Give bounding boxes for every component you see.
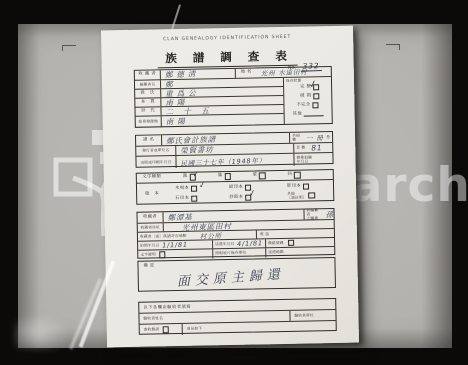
handwritten-value: 光州 水遠田村 <box>261 67 308 78</box>
option-label: 漢 <box>183 175 188 180</box>
remarks-box: 備 註 面交原主歸還 <box>137 257 336 292</box>
handwritten-value: 一 冊 <box>306 133 324 143</box>
check-mark: ✓ <box>192 170 200 179</box>
handwritten-value: 1/1/81 <box>162 241 188 250</box>
holder-info-table: 收藏者 鄭潭基 與編纂者 之關係 孫 收藏者住址 光州東區田村 收藏者〔或〕族譜… <box>136 208 335 259</box>
option-label: 其他 <box>293 113 302 118</box>
row-label: 出版或印刷年月日 <box>140 160 171 165</box>
handwritten-value: 南 陽 <box>166 116 186 128</box>
option-label: 不完全 <box>296 103 310 108</box>
edition-option: 其他 〔請註明〕 <box>287 190 315 201</box>
edition-option: 木刻本 ✓ <box>175 184 197 194</box>
status-header: 保存狀態 <box>286 79 302 84</box>
script-option: 漢 ✓ <box>183 174 196 180</box>
row-label: 始祖發源地 <box>138 120 158 125</box>
owner-info-table: 收 藏 者 鄭 德 淸 地 名 光州 水遠田村 編纂者名 鄭 姓 氏 重 爲 公… <box>134 66 333 128</box>
row-label: 版 本 <box>145 192 159 197</box>
script-option: 回 <box>287 172 300 178</box>
check-mark: ✓ <box>248 189 256 198</box>
row-label: 與編纂者 之關係 <box>306 208 321 221</box>
option-label: 石印本 <box>175 196 189 201</box>
option-label: 蒙 <box>253 174 258 179</box>
row-label: 姓 氏 <box>141 91 155 96</box>
handwritten-value: 民國三十七年（1948年） <box>180 155 266 167</box>
row-label: 查收無誤 <box>144 328 160 333</box>
row-label: 共冊數 <box>292 133 303 142</box>
row-label: 文字證明 <box>140 253 156 258</box>
page-title: 族 譜 調 查 表 <box>157 48 298 69</box>
row-label: 世 代 <box>141 109 155 114</box>
row-label: 發行者或單位名 <box>142 149 169 154</box>
edition-option: 石印本 <box>175 194 197 204</box>
row-label: 收藏者〔或〕族譜寄存地點 <box>140 234 187 239</box>
row-label: 譜 名 <box>143 138 154 143</box>
status-option: 破 損 <box>300 93 319 100</box>
registration-mark-right <box>386 44 400 50</box>
row-label: 微捲拍攝 年月日 <box>296 155 312 164</box>
checkbox-icon <box>312 102 318 108</box>
table-row: 版 本 木刻本 ✓ 鉛印本 影印本 <box>137 180 333 206</box>
scanned-genealogy-record: FamilySearch CLAN GENEALOGY IDENTIFICATI… <box>0 0 468 365</box>
corner-light-artifact <box>14 298 92 350</box>
option-label: 破 損 <box>300 94 311 99</box>
check-mark: ✓ <box>308 80 318 92</box>
script-option: 滿 <box>218 173 231 179</box>
row-label: 收藏者住址 <box>141 225 161 230</box>
registration-mark-left <box>62 45 76 51</box>
checkbox-icon <box>159 252 165 258</box>
checkbox-icon <box>191 196 197 202</box>
remarks-label: 備 註 <box>143 264 154 269</box>
checkbox-icon <box>191 186 197 192</box>
row-label: 照相底片保存單位 <box>215 251 246 256</box>
form-paper: CLAN GENEALOGY IDENTIFICATION SHEET 族 譜 … <box>101 26 359 348</box>
option-label: 其他 〔請註明〕 <box>287 191 307 200</box>
english-title: CLAN GENEALOGY IDENTIFICATION SHEET <box>101 34 353 44</box>
checkbox-icon <box>303 183 309 189</box>
row-label: 收 藏 者 <box>138 73 156 78</box>
option-label: 抄寫本 <box>229 195 243 200</box>
scratch-artifact <box>171 4 180 29</box>
script-edition-table: 文字種類 漢 ✓ 滿 蒙 回 <box>136 169 335 205</box>
row-label: 地 名 <box>241 71 252 76</box>
checkbox-icon <box>259 173 265 179</box>
option-label: 鉛印本 <box>229 185 243 190</box>
script-option: 蒙 <box>253 173 266 179</box>
status-option: 其他 <box>293 112 324 117</box>
blank-line <box>304 113 324 117</box>
checkbox-icon <box>162 327 168 333</box>
row-label: 頁 數 <box>296 146 305 150</box>
row-label: 微捲號碼 <box>268 241 284 246</box>
option-label: 回 <box>287 173 292 178</box>
handwritten-value: 81 <box>311 143 322 152</box>
row-label: 驗收者姓名 <box>143 316 163 321</box>
handwritten-value: 4/1/81 <box>237 239 263 248</box>
row-label: 收藏者 <box>143 215 157 220</box>
remarks-handwriting: 面交原主歸還 <box>176 263 285 290</box>
table-row: 出版或印刷年月日 民國三十七年（1948年） 微捲拍攝 年月日 <box>136 153 332 169</box>
row-label: 拍照年月日 <box>140 243 160 248</box>
handwritten-value: 孫 <box>325 208 334 219</box>
table-row: 始祖發源地 南 陽 <box>136 114 284 128</box>
checkbox-icon <box>313 93 319 99</box>
option-label: 滿 <box>218 174 223 179</box>
row-label: 驗收者單位 <box>294 313 314 318</box>
option-label: 木刻本 <box>175 186 189 191</box>
receiver-header: 以下各欄由驗收者填寫 <box>139 304 191 311</box>
checkbox-icon <box>294 172 300 178</box>
owner-left-column: 編纂者名 鄭 姓 氏 重 爲 公 本 貫 南 陽 世 代 二 十 五 始祖發源地 <box>135 78 285 127</box>
table-row: 查收無誤 意見如下 <box>140 321 336 336</box>
handwritten-value: 村公所 <box>200 230 222 240</box>
checkbox-icon <box>288 240 294 246</box>
book-info-table: 譜 名 鄭氏會計族譜 共冊數 一 冊 卷 發行者或單位名 榮賢書坊 頁 數 81… <box>135 131 334 168</box>
row-label: 電 話 <box>260 232 269 236</box>
option-label: 影印本 <box>287 184 301 189</box>
check-mark: ✓ <box>198 181 206 190</box>
status-option: 不完全 <box>296 102 318 109</box>
edition-option: 抄寫本 ✓ <box>229 193 251 203</box>
receiver-table: 以下各欄由驗收者填寫 驗收者姓名 驗收者單位 查收無誤 意見如下 <box>138 298 337 335</box>
row-label: 送還地點 <box>268 250 284 255</box>
checkbox-icon <box>224 173 230 179</box>
row-label: 送還年月日 <box>215 242 235 247</box>
row-label: 意見如下 <box>187 327 203 332</box>
preservation-status-box: 保存狀態 完 整 ✓ 破 損 不完全 其他 <box>284 77 332 124</box>
status-option: 完 整 ✓ <box>300 84 319 91</box>
row-label: 本 貫 <box>141 100 155 105</box>
row-label: 編纂者名 <box>140 82 156 87</box>
row-label: 卷 <box>326 135 330 139</box>
row-label: 文字種類 <box>142 175 161 180</box>
checkbox-icon <box>309 192 315 198</box>
